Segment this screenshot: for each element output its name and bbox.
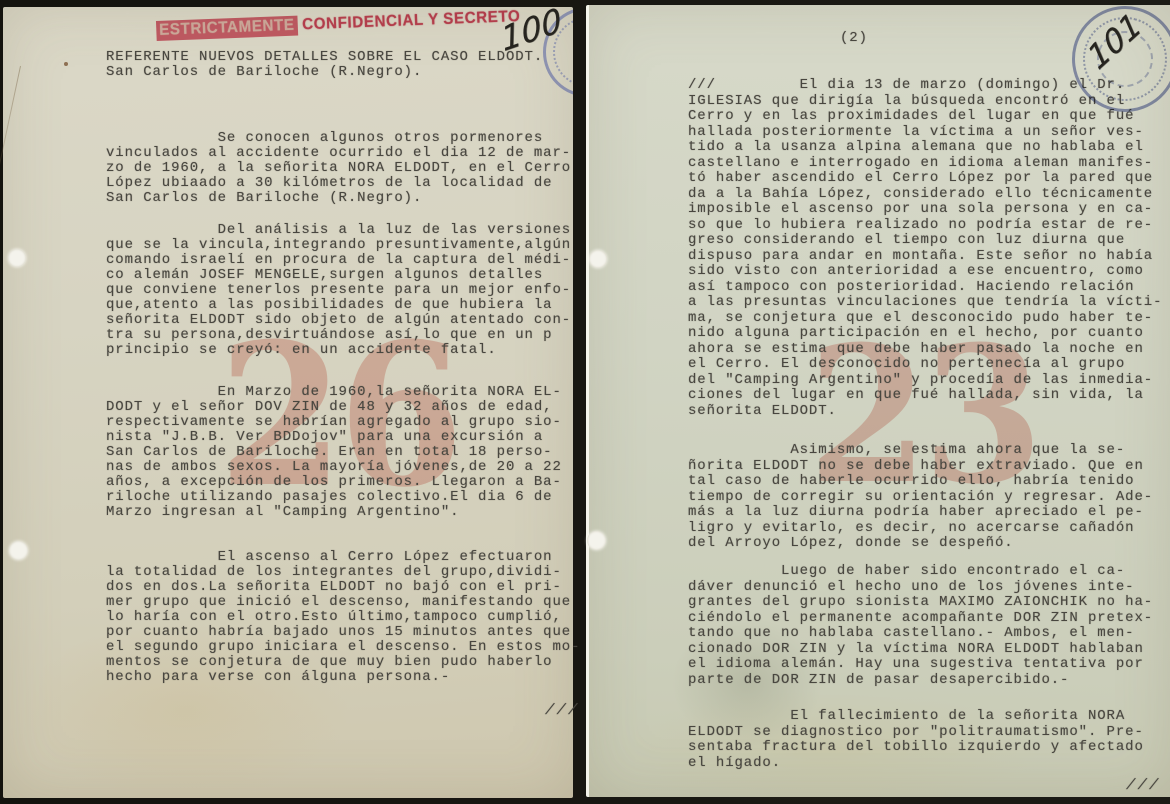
paragraph: Asimismo, se estima ahora que la se- ñor… <box>688 443 1153 552</box>
paragraph: El ascenso al Cerro López efectuaron la … <box>106 550 580 685</box>
paragraph: Del análisis a la luz de las versiones q… <box>106 223 571 358</box>
punch-hole <box>9 541 28 560</box>
punch-hole <box>8 249 26 267</box>
punch-hole <box>587 531 606 550</box>
paragraph: Se conocen algunos otros pormenores vinc… <box>106 131 571 206</box>
paragraph: Luego de haber sido encontrado el ca- dá… <box>688 564 1153 688</box>
scanned-document: 26 ESTRICTAMENTE CONFIDENCIAL Y SECRETO … <box>0 0 1170 804</box>
page-number: (2) <box>840 31 868 47</box>
paragraph: En Marzo de 1960,la señorita NORA EL- DO… <box>106 385 562 520</box>
paragraph: El fallecimiento de la señorita NORA ELD… <box>688 709 1144 771</box>
punch-hole <box>589 250 607 268</box>
document-title: REFERENTE NUEVOS DETALLES SOBRE EL CASO … <box>106 50 543 80</box>
continuation-mark: /// <box>1124 777 1163 794</box>
continuation-mark: /// <box>543 702 582 719</box>
paragraph: /// El dia 13 de marzo (domingo) el Dr. … <box>688 78 1162 419</box>
paper-speck <box>64 62 68 66</box>
